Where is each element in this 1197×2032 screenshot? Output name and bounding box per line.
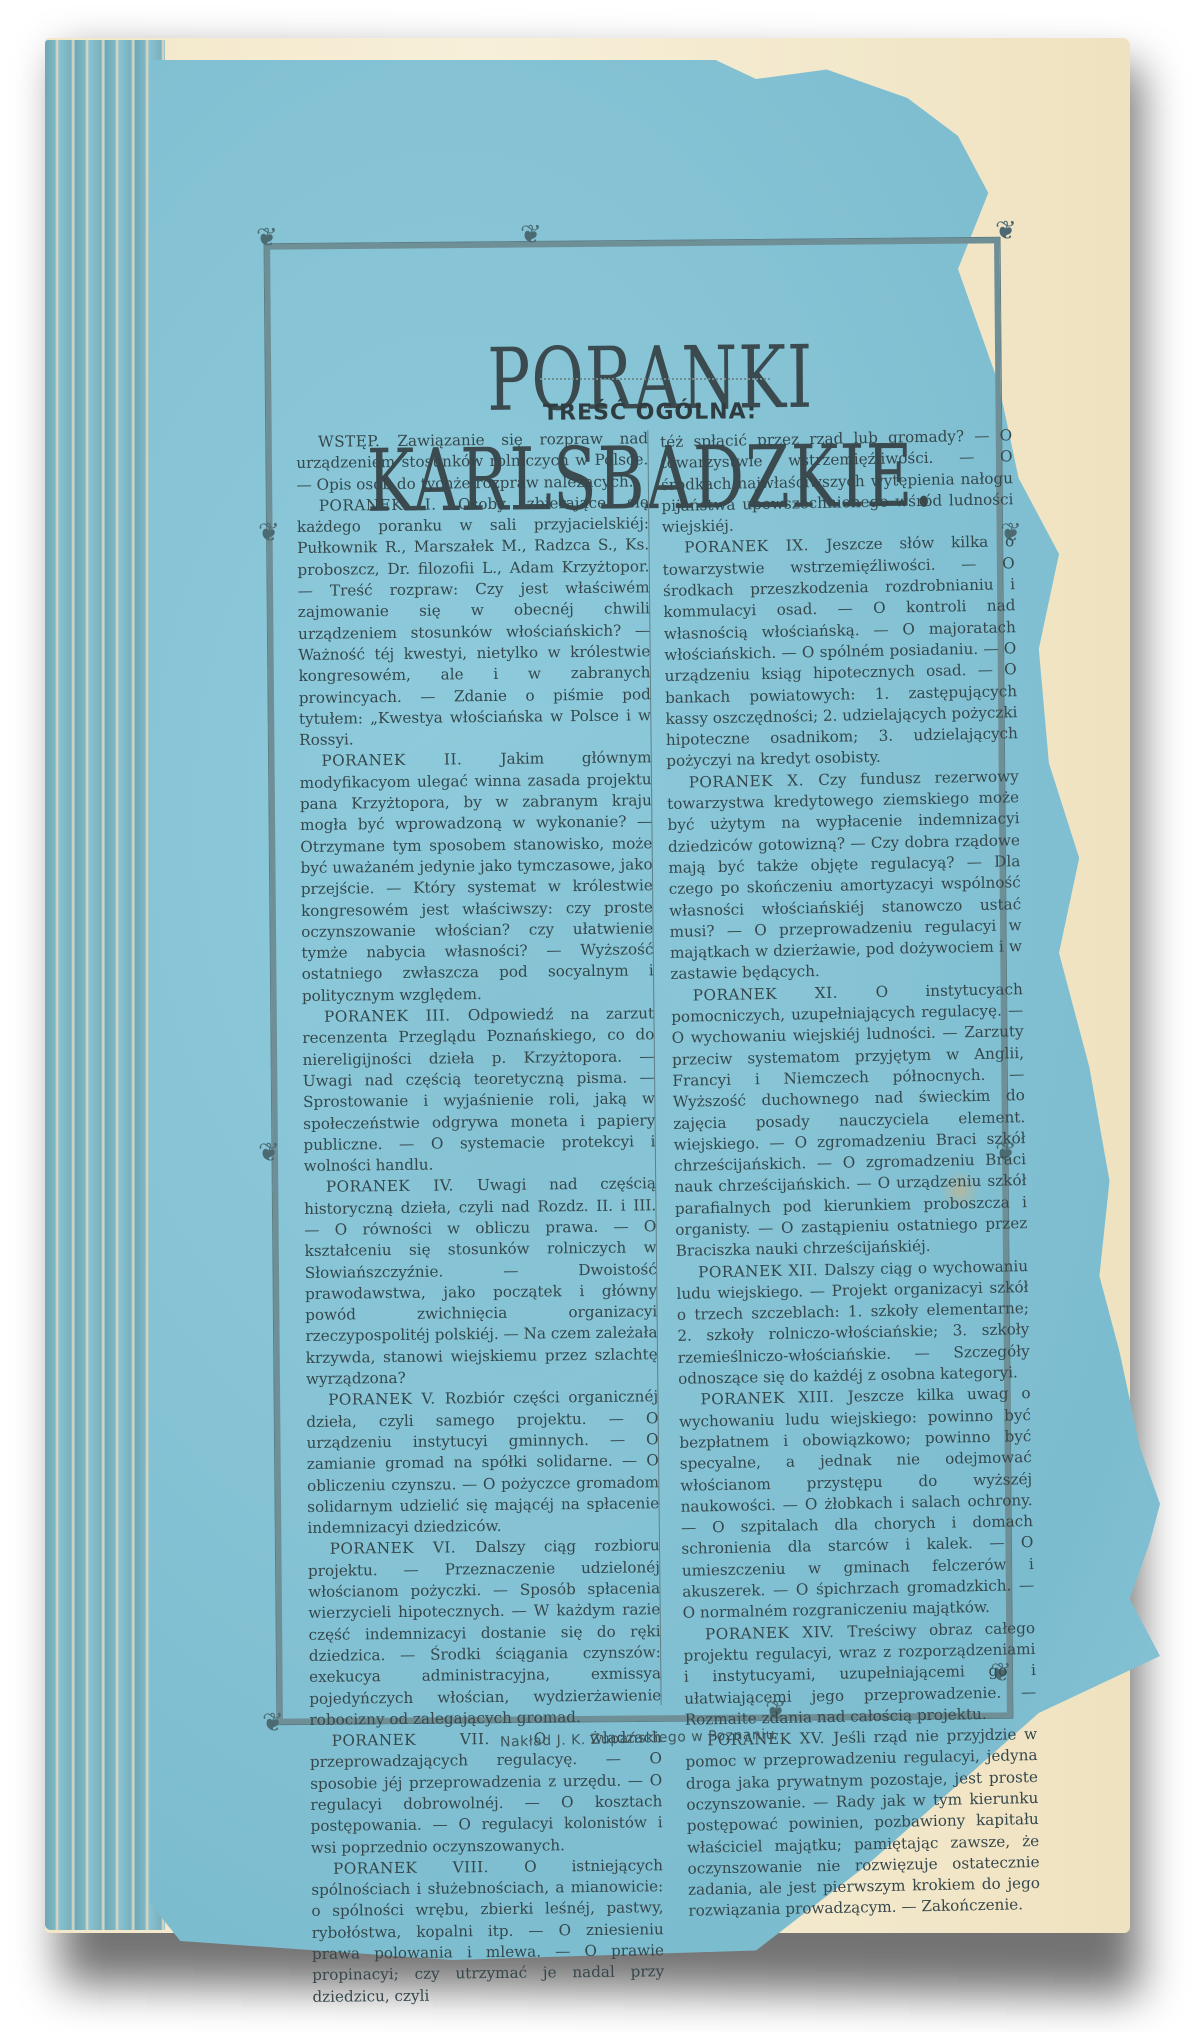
entry-heading: PORANEK I. [319,495,459,514]
entry-text: Jeśli rząd nie przyjdzie w pomoc w przep… [685,1725,1040,1920]
contents-entry: PORANEK XI. O instytucyach pomocniczych,… [671,979,1028,1263]
entry-text: Dalszy ciąg rozbioru projektu. — Przezna… [308,1537,662,1729]
contents-heading: TREŚĆ OGÓLNA: [330,398,970,427]
corner-ornament-icon: ❦ [995,218,1017,244]
contents-entry: PORANEK X. Czy fundusz rezerwowy towarzy… [667,766,1023,986]
entry-text: O istniejących spólnościach i służebnośc… [311,1856,664,2005]
contents-entry: téż spłacić przez rząd lub gromady? — O … [660,425,1014,538]
entry-text: Osoby zbierające się każdego poranku w s… [297,493,651,749]
entry-heading: PORANEK V. [328,1390,445,1409]
entry-heading: PORANEK XIV. [705,1622,848,1643]
side-ornament-icon: ❦ [258,1140,280,1166]
entry-heading: PORANEK IV. [326,1177,477,1197]
entry-heading: PORANEK III. [324,1006,468,1026]
contents-entry: PORANEK I. Osoby zbierające się każdego … [297,492,652,751]
contents-entry: PORANEK XIV. Treściwy obraz całego proje… [683,1618,1037,1731]
contents-entry: PORANEK V. Rozbiór części organicznéj dz… [306,1387,660,1540]
entry-heading: WSTĘP. [318,432,397,451]
entry-heading: PORANEK XIII. [700,1388,847,1409]
entry-heading: PORANEK XI. [693,983,876,1005]
entry-heading: PORANEK XII. [698,1261,824,1281]
contents-entry: PORANEK XV. Jeśli rząd nie przyjdzie w p… [685,1724,1041,1922]
side-ornament-icon: ❦ [520,222,542,248]
entry-heading: PORANEK X. [689,771,819,791]
contents-entry: PORANEK XIII. Jeszcze kilka uwag o wycho… [678,1383,1034,1624]
entry-text: Odpowiedź na zarzut recenzenta Przeglądu… [302,1004,655,1175]
contents-entry: PORANEK IX. Jeszcze słów kilka o towarzy… [662,532,1018,773]
entry-text: Uwagi nad częścią historyczną dzieła, cz… [304,1175,658,1388]
entry-text: Czy fundusz rezerwowy towarzystwa kredyt… [667,767,1022,983]
entry-heading: PORANEK VIII. [333,1858,524,1878]
contents-right-column: téż spłacić przez rząd lub gromady? — O … [660,425,1041,1922]
entry-text: O instytucyach pomocniczych, uzupełniają… [671,980,1027,1260]
contents-entry: PORANEK II. Jakim głównym modyfikacyom u… [299,748,654,1007]
contents-entry: WSTĘP. Zawiązanie się rozpraw nad urządz… [296,428,649,496]
entry-heading: PORANEK IX. [684,536,826,557]
entry-heading: PORANEK VI. [330,1539,476,1559]
title-rule [540,378,770,380]
contents-entry: PORANEK VI. Dalszy ciąg rozbioru projekt… [308,1536,662,1731]
contents-entry: PORANEK VIII. O istniejących spólnościac… [311,1855,665,2008]
entry-text: Jakim głównym modyfikacyom ulegać winna … [300,749,654,1005]
entry-text: téż spłacić przez rząd lub gromady? — O … [660,426,1014,536]
contents-entry: PORANEK XII. Dalszy ciąg o wychowaniu lu… [676,1256,1030,1391]
contents-entry: PORANEK III. Odpowiedź na zarzut recenze… [302,1003,656,1177]
entry-text: Jeszcze słów kilka o towarzystwie wstrze… [662,533,1018,771]
entry-text: Jeszcze kilka uwag o wychowaniu ludu wie… [679,1384,1035,1622]
corner-ornament-icon: ❦ [262,1710,284,1736]
entry-heading: PORANEK II. [321,750,500,770]
contents-entry: PORANEK IV. Uwagi nad częścią historyczn… [304,1174,658,1391]
entry-text: Rozbiór części organicznéj dzieła, czyli… [306,1388,659,1537]
book-spine [45,40,165,1930]
contents-left-column: WSTĘP. Zawiązanie się rozpraw nad urządz… [296,428,664,2008]
side-ornament-icon: ❦ [258,520,280,546]
corner-ornament-icon: ❦ [256,225,278,251]
